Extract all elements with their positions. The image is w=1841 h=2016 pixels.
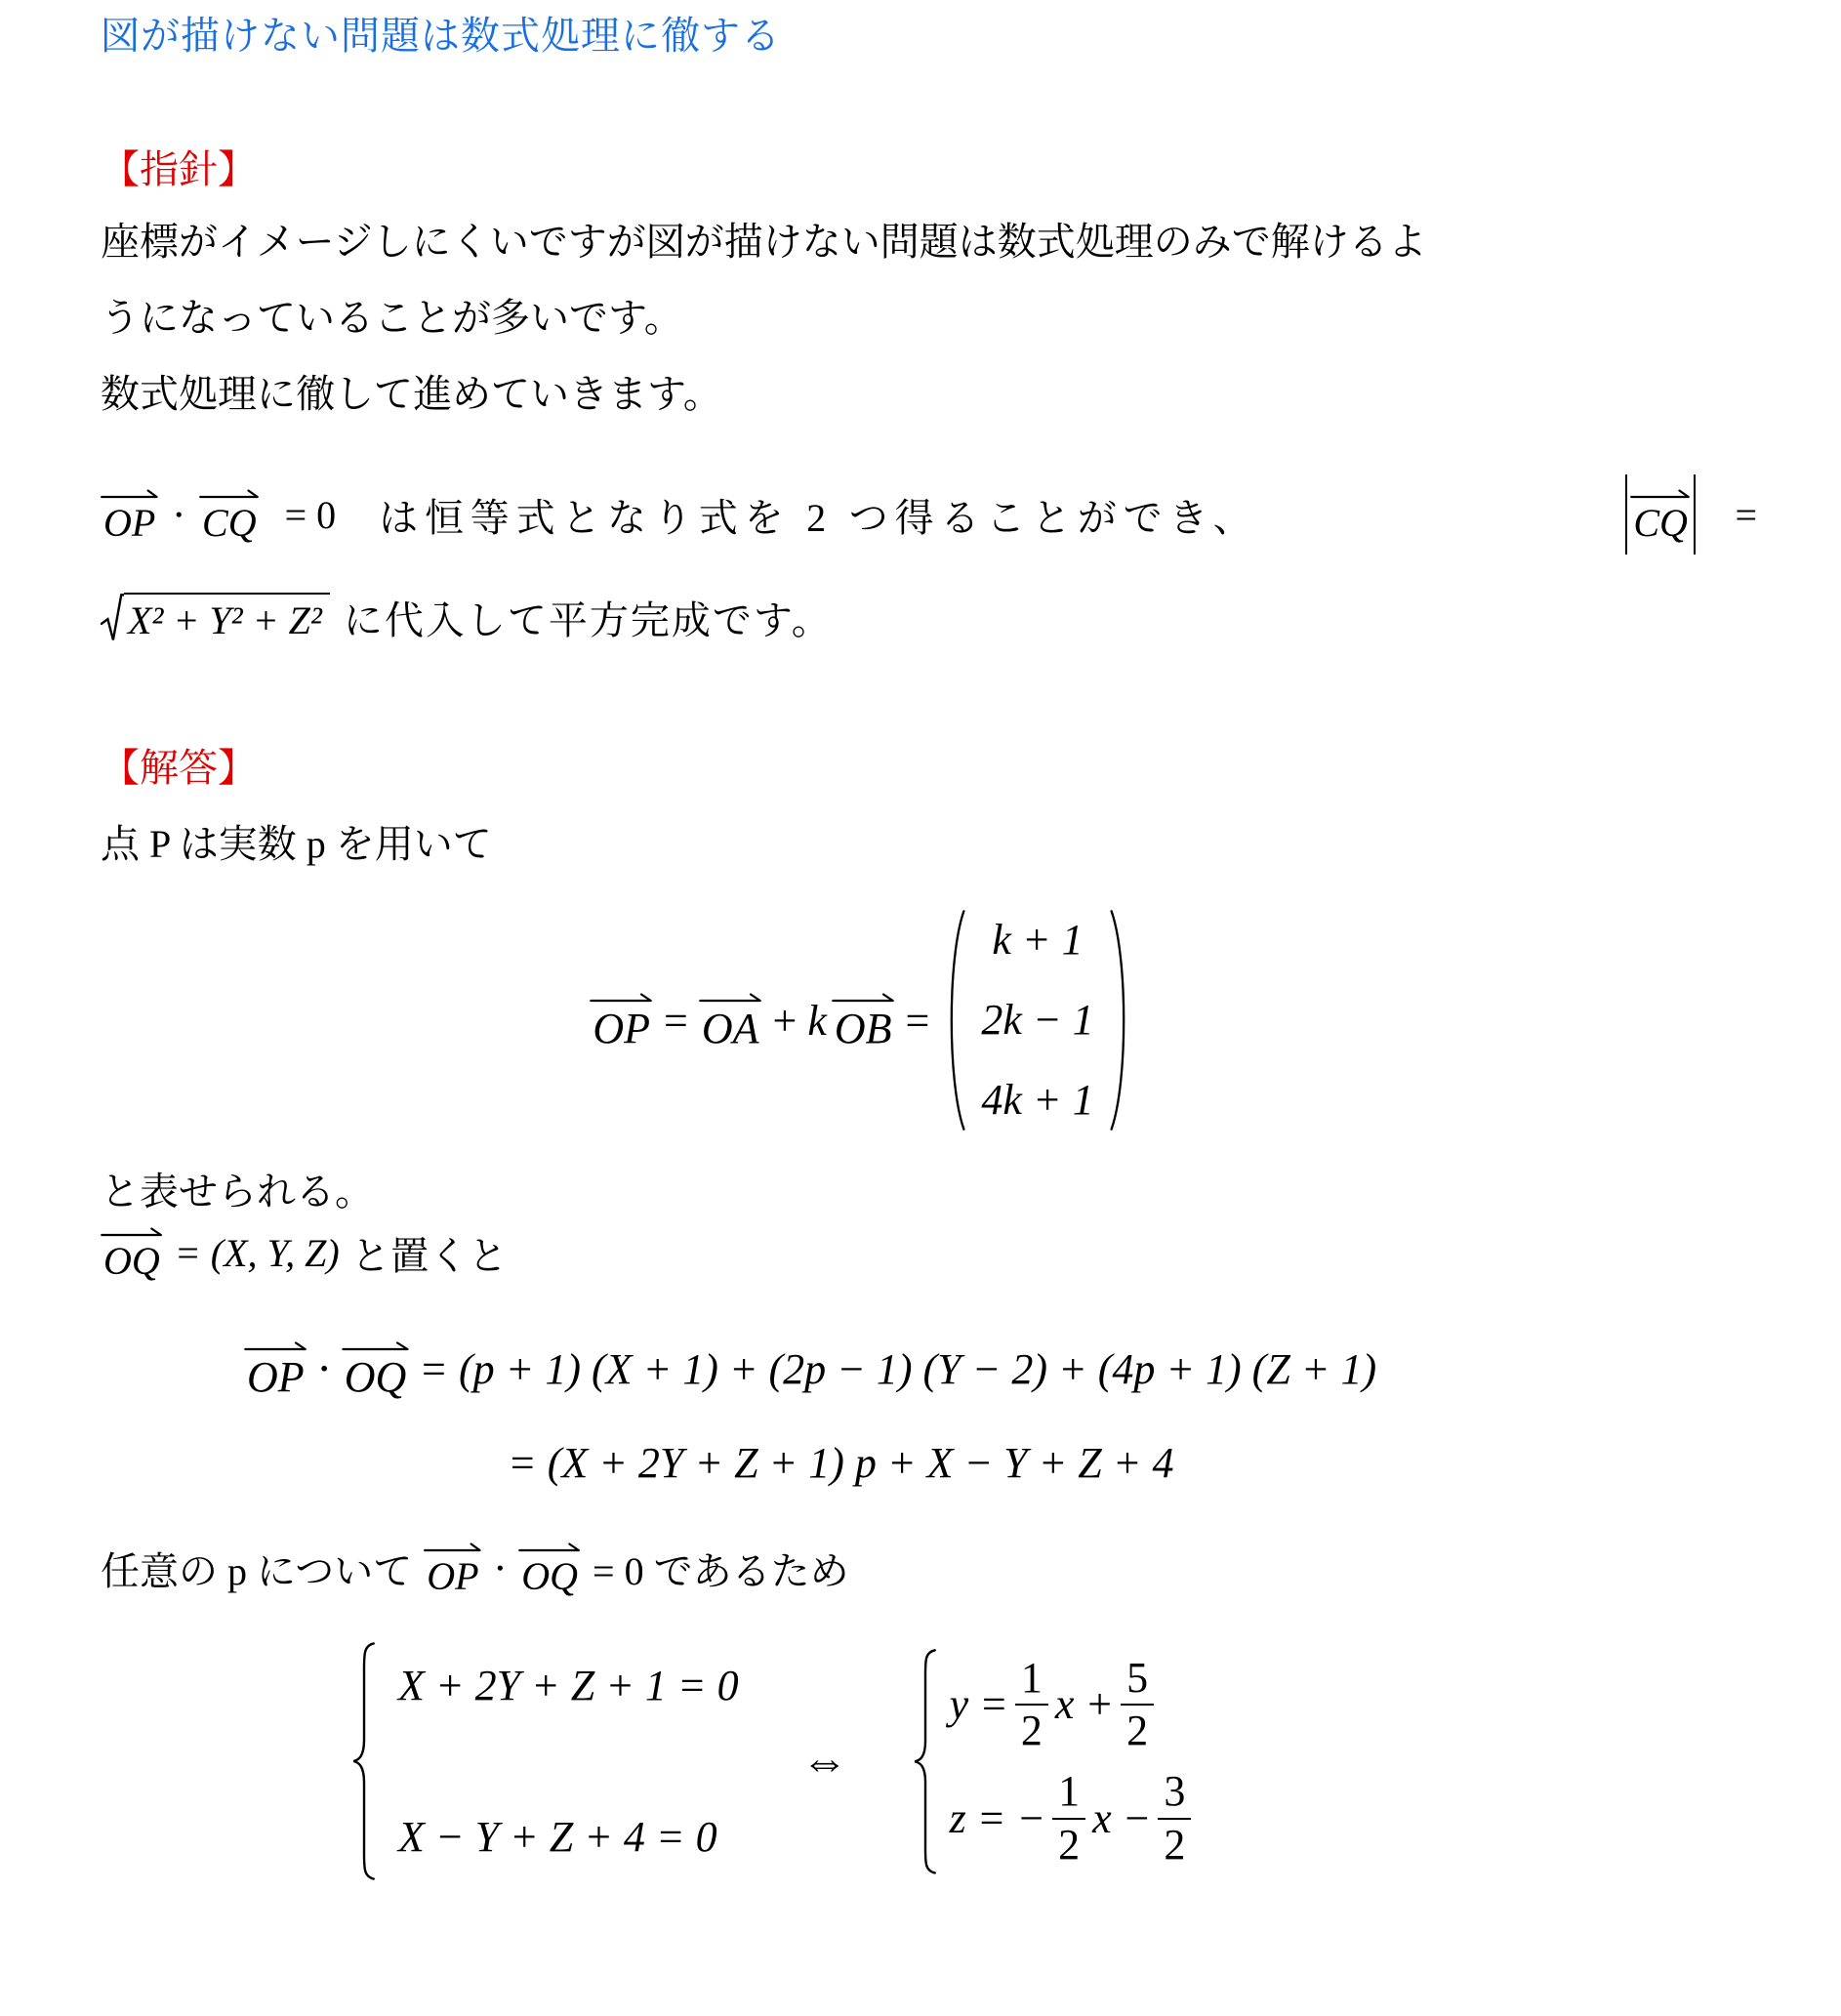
cdot-operator: ⋅ xyxy=(494,1545,508,1591)
denominator: 2 xyxy=(1015,1704,1048,1753)
vector-label: OQ xyxy=(342,1356,410,1399)
equation-head: z = − xyxy=(950,1797,1046,1840)
equation-rhs: = (p + 1) (X + 1) + (2p − 1) (Y − 2) + (… xyxy=(419,1344,1376,1394)
denominator: 2 xyxy=(1158,1818,1191,1868)
inline-text: 任意の p について xyxy=(101,1541,412,1596)
equation-mid: x + xyxy=(1055,1683,1114,1726)
vector-arrow-icon xyxy=(101,1225,163,1240)
vector-label: CQ xyxy=(1630,504,1691,543)
inline-math-line: X² + Y² + Z² に代入して平方完成です。 xyxy=(101,590,1757,645)
vector-label: OB xyxy=(832,1008,895,1050)
vector-oq: OQ xyxy=(518,1541,581,1596)
scalar-k: k xyxy=(807,996,827,1046)
vector-oa: OA xyxy=(699,991,762,1050)
left-brace-icon xyxy=(913,1648,938,1875)
inline-text: に代入して平方完成です。 xyxy=(344,590,833,645)
left-paren-icon xyxy=(944,909,967,1131)
radical-icon xyxy=(101,593,124,643)
iff-symbol: ⇔ xyxy=(801,1735,848,1789)
column-vector: k + 1 2k − 1 4k + 1 xyxy=(944,909,1130,1131)
cdot-operator: ⋅ xyxy=(317,1344,332,1394)
vector-arrow-icon xyxy=(832,991,895,1006)
vector-label: OP xyxy=(590,1008,653,1050)
vector-arrow-icon xyxy=(699,991,762,1006)
numerator: 1 xyxy=(1015,1656,1048,1704)
vector-arrow-icon xyxy=(518,1541,581,1555)
equation-head: y = xyxy=(950,1683,1008,1726)
vector-label: OQ xyxy=(518,1557,581,1596)
fraction: 1 2 xyxy=(1015,1656,1048,1753)
equation-continuation: = (X + 2Y + Z + 1) p + X − Y + Z + 4 xyxy=(508,1440,1757,1487)
vector-op: OP xyxy=(590,991,653,1050)
heading-kaitou: 【解答】 xyxy=(101,747,1757,790)
vector-op: OP xyxy=(101,487,158,543)
vector-arrow-icon xyxy=(244,1339,307,1354)
inline-math-line: OQ = (X, Y, Z) と置くと xyxy=(101,1225,1757,1281)
abs-bar-icon xyxy=(1625,474,1628,555)
paragraph-line: 点 P は実数 p を用いて xyxy=(101,823,1757,866)
equals-sign: = xyxy=(664,996,688,1046)
system-equation: z = − 1 2 x − 3 2 xyxy=(950,1769,1192,1867)
denominator: 2 xyxy=(1121,1704,1154,1753)
equals-zero: = 0 xyxy=(285,492,337,538)
vector-op: OP xyxy=(424,1541,481,1596)
radicand: X² + Y² + Z² xyxy=(124,593,330,643)
vector-arrow-icon xyxy=(1630,487,1691,502)
inline-math-line: 任意の p について OP ⋅ OQ = 0 であるため xyxy=(101,1541,1757,1596)
paragraph-line: 数式処理に徹して進めていきます。 xyxy=(101,373,1757,416)
equation-system: X + 2Y + Z + 1 = 0 X − Y + Z + 4 = 0 ⇔ y… xyxy=(351,1641,1757,1881)
vector-arrow-icon xyxy=(199,487,260,502)
equation-mid: x − xyxy=(1092,1797,1151,1840)
paragraph-line: と表せられる。 xyxy=(101,1171,1757,1214)
sqrt-expression: X² + Y² + Z² xyxy=(101,593,330,643)
inline-text: = 0 であるため xyxy=(593,1541,849,1596)
inline-text: と置くと xyxy=(351,1225,508,1281)
abs-bar-icon xyxy=(1694,474,1697,555)
fraction: 1 2 xyxy=(1052,1769,1085,1867)
oq-rhs: = (X, Y, Z) xyxy=(175,1230,340,1276)
vector-op: OP xyxy=(244,1339,307,1399)
page-title: 図が描けない問題は数式処理に徹する xyxy=(101,14,1757,59)
fraction: 5 2 xyxy=(1121,1656,1154,1753)
vector-oq: OQ xyxy=(342,1339,410,1399)
vector-label: OQ xyxy=(101,1242,163,1281)
vector-arrow-icon xyxy=(424,1541,481,1555)
vector-cq-abs: CQ xyxy=(1630,487,1691,543)
system-equation: X − Y + Z + 4 = 0 xyxy=(398,1812,739,1862)
system-left: X + 2Y + Z + 1 = 0 X − Y + Z + 4 = 0 xyxy=(351,1641,743,1881)
vector-cq: CQ xyxy=(199,487,260,543)
system-equation: X + 2Y + Z + 1 = 0 xyxy=(398,1661,739,1710)
vector-row: 2k − 1 xyxy=(981,999,1093,1042)
numerator: 1 xyxy=(1052,1769,1085,1817)
equals-sign: = xyxy=(1735,492,1757,538)
plus-sign: + xyxy=(773,996,798,1046)
vector-oq: OQ xyxy=(101,1225,163,1281)
vector-arrow-icon xyxy=(101,487,158,502)
vector-ob: OB xyxy=(832,991,895,1050)
system-right: y = 1 2 x + 5 2 z = − 1 2 xyxy=(913,1648,1196,1875)
vector-label: OP xyxy=(244,1356,307,1399)
numerator: 3 xyxy=(1158,1769,1191,1817)
display-equation-op: OP = OA + k OB = k + 1 2k − 1 4k + 1 xyxy=(32,909,1689,1131)
vector-label: OP xyxy=(101,504,158,543)
inline-text: は恒等式となり式を 2 つ得ることができ、 xyxy=(379,487,1625,543)
system-equation: y = 1 2 x + 5 2 xyxy=(950,1656,1192,1753)
denominator: 2 xyxy=(1052,1818,1085,1868)
vector-label: CQ xyxy=(199,504,260,543)
vector-arrow-icon xyxy=(342,1339,410,1354)
vector-arrow-icon xyxy=(590,991,653,1006)
vector-label: OP xyxy=(424,1557,481,1596)
fraction: 3 2 xyxy=(1158,1769,1191,1867)
cdot-operator: ⋅ xyxy=(172,492,185,538)
equals-sign: = xyxy=(906,996,930,1046)
right-paren-icon xyxy=(1108,909,1131,1131)
heading-shishin: 【指針】 xyxy=(101,148,1757,191)
vector-row: 4k + 1 xyxy=(981,1079,1093,1122)
paragraph-line: うになっていることが多いです。 xyxy=(101,297,1757,340)
paragraph-line: 座標がイメージしにくいですが図が描けない問題は数式処理のみで解けるよ xyxy=(101,221,1757,264)
vector-label: OA xyxy=(699,1008,762,1050)
inline-math-line: OP ⋅ CQ = 0 は恒等式となり式を 2 つ得ることができ、 CQ = xyxy=(101,474,1757,555)
document-page: 図が描けない問題は数式処理に徹する 【指針】 座標がイメージしにくいですが図が描… xyxy=(0,0,1841,1881)
numerator: 5 xyxy=(1121,1656,1154,1704)
left-brace-icon xyxy=(351,1641,377,1881)
display-equation-dot-product: OP ⋅ OQ = (p + 1) (X + 1) + (2p − 1) (Y … xyxy=(244,1339,1757,1487)
vector-row: k + 1 xyxy=(981,919,1093,962)
